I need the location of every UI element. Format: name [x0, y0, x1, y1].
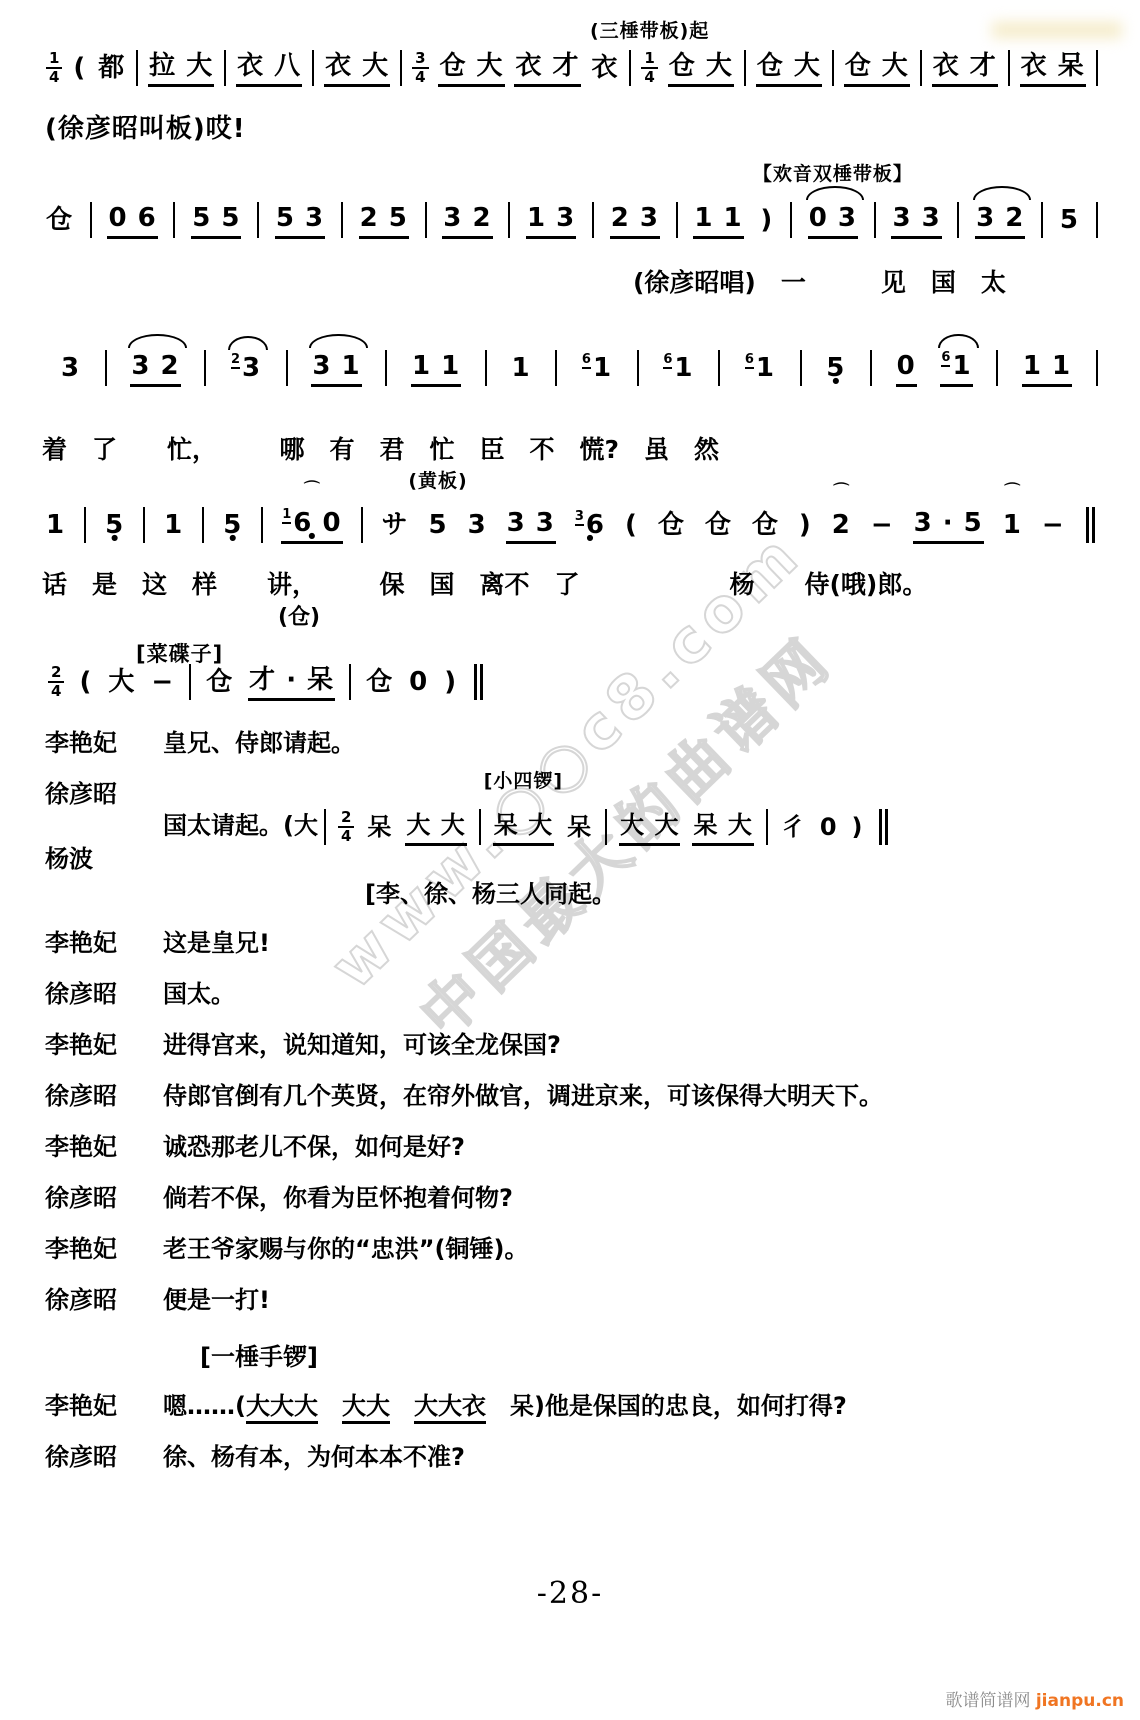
note: 衣 呆	[1020, 48, 1086, 87]
note: 1 1	[411, 348, 461, 387]
dialogue-row: 徐彦昭国太。	[45, 979, 1120, 1010]
speaker-cell: 李艳妃	[45, 1391, 163, 1422]
note: 仓	[205, 664, 234, 700]
barline	[605, 809, 607, 845]
music-line-4: 151516 0サ5(黄板)33 336(仓仓仓)2−3 · 51−	[45, 505, 1095, 544]
barline	[1096, 202, 1098, 238]
annotation: (黄板)	[408, 463, 467, 499]
barline	[204, 350, 206, 386]
note: 0 6	[107, 200, 157, 239]
call-board-line: (徐彦昭叫板)哎!	[45, 108, 246, 145]
note: 大 大	[619, 807, 680, 846]
speaker-name: 李艳妃	[45, 728, 163, 759]
ntext: 5	[1060, 205, 1079, 235]
note: −	[150, 664, 175, 700]
ntext: 1	[756, 353, 775, 383]
note: 呆 大	[692, 807, 753, 846]
barline	[555, 350, 557, 386]
note: 大	[107, 664, 136, 700]
note: 5 3	[275, 200, 325, 239]
ntext: 3 3	[507, 508, 555, 538]
ftop: 1	[641, 50, 657, 69]
note: (	[72, 50, 87, 86]
speaker-name: 李艳妃	[45, 1234, 163, 1265]
ntext: (	[625, 510, 638, 540]
score-page: www.○○c8.com 中国最大的曲谱网 14(都拉 大衣 八衣 大34仓 大…	[0, 0, 1140, 1720]
speaker-name: 杨波	[45, 844, 163, 875]
ntext: 彳	[781, 813, 806, 841]
ntext: 0 3	[809, 203, 857, 233]
ntext: )	[799, 510, 812, 540]
ntext: 衣 大	[325, 51, 389, 81]
ftop: 2	[338, 809, 354, 828]
ntext: 大 大	[620, 811, 679, 839]
note: 3 1	[311, 348, 361, 387]
grace-note: 6	[745, 352, 754, 369]
barline	[1096, 350, 1098, 386]
note: 呆	[566, 809, 593, 845]
note: 呆	[366, 809, 393, 845]
speaker-name: 徐彦昭	[45, 1081, 163, 1112]
ntext: 0	[897, 351, 916, 381]
barline	[832, 50, 834, 86]
ntext: −	[151, 667, 174, 697]
speaker-name: 李艳妃	[45, 1030, 163, 1061]
dialogue-segment: 侍郎官倒有几个英贤，在帘外做官，调进京来，可该保得大明天下。	[163, 1082, 883, 1110]
dialogue-row: 徐彦昭侍郎官倒有几个英贤，在帘外做官，调进京来，可该保得大明天下。	[45, 1081, 1120, 1112]
barline	[508, 202, 510, 238]
footer: 歌谱简谱网 jianpu.cn	[945, 1686, 1124, 1711]
dialogue-segment: 国太。	[163, 980, 235, 1008]
barline	[105, 350, 107, 386]
dialogue-text: 诚恐那老儿不保，如何是好?	[163, 1132, 1120, 1163]
note: 仓	[657, 507, 686, 543]
barline	[224, 50, 226, 86]
ntext: 5	[223, 510, 242, 540]
ntext: 仓	[752, 510, 779, 540]
dialogue-text: 进得宫来，说知道知，可该全龙保国?	[163, 1030, 1120, 1061]
ntext: )	[852, 813, 864, 841]
barline	[479, 809, 481, 845]
dialogue-segment: 大大衣	[414, 1392, 486, 1424]
dialogue-row: 李艳妃老王爷家赐与你的“忠洪”(铜锤)。	[45, 1234, 1120, 1265]
ntext: 衣 才	[515, 51, 579, 81]
ntext: 6 0	[293, 508, 341, 538]
ntext: 2 3	[611, 203, 659, 233]
dialogue-row: 徐彦昭倘若不保，你看为臣怀抱着何物?	[45, 1183, 1120, 1214]
dialogue-segment	[318, 1392, 342, 1420]
ntext: 1 1	[694, 203, 742, 233]
ntext: 衣 八	[237, 51, 301, 81]
dialogue-segment: 这是皇兄!	[163, 929, 270, 957]
speaker-name: 徐彦昭	[45, 1285, 163, 1316]
ntext: 拉 大	[149, 51, 213, 81]
grace-note: 6	[941, 350, 950, 367]
ntext: 3	[61, 353, 80, 383]
speaker-cell: 李艳妃	[45, 928, 163, 959]
note: 衣 八	[236, 48, 302, 87]
dialogue-segment: 徐、杨有本，为何本本不准?	[163, 1443, 465, 1471]
ntext: サ	[382, 510, 409, 540]
dialogue-segment: 嗯……(	[163, 1392, 246, 1420]
barline	[286, 350, 288, 386]
lyrics-line-4: 话 是 这 样 讲， 保 国 离不 了 杨 侍(哦)郎。	[42, 565, 927, 601]
ntext: −	[1042, 510, 1065, 540]
ftop: 3	[412, 50, 428, 69]
speaker-cell: 徐彦昭	[45, 1285, 163, 1316]
ntext: 3	[468, 510, 487, 540]
dialogue-segment: 进得宫来，说知道知，可该全龙保国?	[163, 1031, 561, 1059]
note: 1	[45, 507, 66, 543]
note: 36	[574, 507, 606, 543]
note: 0	[819, 809, 839, 845]
barline	[136, 50, 138, 86]
music-line-5: 24(大−仓才 · 呆仓0)	[48, 662, 483, 701]
note: 5	[1059, 202, 1080, 238]
ntext: 5 3	[276, 203, 324, 233]
ftop: 2	[48, 664, 64, 683]
fbot: 4	[641, 69, 657, 86]
barline	[744, 50, 746, 86]
note: 5(黄板)	[428, 507, 449, 543]
final-barline	[480, 664, 483, 700]
note: 都	[97, 50, 126, 86]
scan-smudge	[992, 22, 1122, 38]
time-signature: 14	[46, 50, 62, 85]
dialogue-text: 这是皇兄!	[163, 928, 1120, 959]
barline	[800, 350, 802, 386]
note: −	[870, 507, 895, 543]
speaker-cell: 李艳妃	[45, 728, 163, 759]
ntext: 1	[512, 353, 531, 383]
speaker-cell: 李艳妃	[45, 1234, 163, 1265]
ntext: 大 大	[406, 811, 465, 839]
speaker-cell: 李艳妃	[45, 1132, 163, 1163]
annotation: 【欢音双棰带板】	[753, 156, 913, 192]
note: 61	[744, 350, 776, 386]
ntext: 3 3	[892, 203, 940, 233]
note: 1 3	[526, 200, 576, 239]
barline	[425, 202, 427, 238]
speaker-cell: 徐彦昭	[45, 979, 163, 1010]
note: 1	[1002, 507, 1023, 543]
note: 1	[163, 507, 184, 543]
barline	[189, 664, 191, 700]
dialogue-segment: 国太请起。(大	[163, 812, 318, 840]
ntext: 呆	[567, 813, 592, 841]
note: 16 0	[281, 505, 342, 544]
dialogue-text: 便是一打!	[163, 1285, 1120, 1316]
dialogue-row: 徐彦昭徐、杨有本，为何本本不准?	[45, 1442, 1120, 1473]
barline	[920, 50, 922, 86]
speaker-cell: 徐彦昭	[45, 1442, 163, 1473]
note: 3 2	[130, 348, 180, 387]
barline	[1041, 202, 1043, 238]
ntext: 3	[242, 353, 261, 383]
note: 衣 才	[514, 48, 580, 87]
dialogue-segment: 大大大	[246, 1392, 318, 1424]
barline	[874, 202, 876, 238]
note: (	[624, 507, 639, 543]
speaker-cell: 徐彦昭	[45, 1183, 163, 1214]
note: 衣 才	[932, 48, 998, 87]
ntext: 仓 大	[669, 51, 733, 81]
fbot: 4	[46, 69, 62, 86]
note: 仓 大	[844, 48, 910, 87]
ntext: 2 5	[360, 203, 408, 233]
barline	[996, 350, 998, 386]
barline	[385, 350, 387, 386]
note: )	[443, 664, 458, 700]
speaker-name: 李艳妃	[45, 1132, 163, 1163]
time-signature: 24	[338, 809, 354, 844]
speaker-name: 徐彦昭	[45, 1442, 163, 1473]
barline	[341, 202, 343, 238]
fbot: 4	[338, 828, 354, 845]
ntext: 5	[105, 510, 124, 540]
barline	[173, 202, 175, 238]
note: 3 3	[506, 505, 556, 544]
barline	[1096, 50, 1098, 86]
note: 仓	[365, 664, 394, 700]
note: )	[798, 507, 813, 543]
ntext: 3 2	[443, 203, 491, 233]
barline	[766, 809, 768, 845]
note: −	[1041, 507, 1066, 543]
ntext: 3 2	[976, 203, 1024, 233]
barline	[485, 350, 487, 386]
ntext: 仓 大	[845, 51, 909, 81]
barline	[202, 507, 204, 543]
dialogue-text: 侍郎官倒有几个英贤，在帘外做官，调进京来，可该保得大明天下。	[163, 1081, 1120, 1112]
ntext: 0	[820, 813, 838, 841]
note: 61	[662, 350, 694, 386]
ntext: )	[760, 205, 773, 235]
note: 彳	[780, 809, 807, 845]
note: 2 3	[610, 200, 660, 239]
grace-note: 6	[663, 352, 672, 369]
note: 仓	[751, 507, 780, 543]
note: 拉 大	[148, 48, 214, 87]
ntext: 仓 大	[439, 51, 503, 81]
barline	[349, 664, 351, 700]
barline	[957, 202, 959, 238]
footer-site-link[interactable]: jianpu.cn	[1036, 1691, 1124, 1711]
ntext: 衣	[591, 53, 618, 83]
dialogue-row: 徐彦昭杨波国太请起。(大24呆大 大呆 大[小四锣]呆大 大呆 大彳0)	[45, 779, 1120, 875]
note: 5 5	[191, 200, 241, 239]
ntext: 5	[826, 353, 845, 383]
dialogue-row: 李艳妃诚恐那老儿不保，如何是好?	[45, 1132, 1120, 1163]
note: 呆 大[小四锣]	[493, 807, 554, 846]
ntext: 1 1	[412, 351, 460, 381]
ntext: 衣 才	[933, 51, 997, 81]
dialogue-row: 李艳妃嗯……(大大大 大大 大大衣 呆)他是保国的忠良，如何打得?	[45, 1391, 1120, 1422]
note: 5	[222, 507, 243, 543]
note: 61	[581, 350, 613, 386]
ntext: 呆	[367, 813, 392, 841]
barline	[676, 202, 678, 238]
ntext: 3 1	[312, 351, 360, 381]
dialogue-segment: 诚恐那老儿不保，如何是好?	[163, 1133, 465, 1161]
percussion-sub-mark: (仓)	[278, 600, 320, 631]
ntext: 6	[586, 510, 605, 540]
note: 23	[230, 350, 262, 386]
ntext: 2	[832, 510, 851, 540]
note: 1	[511, 350, 532, 386]
dialogue-text: 皇兄、侍郎请起。	[163, 728, 1120, 759]
barline	[361, 507, 363, 543]
note: 才 · 呆	[248, 662, 335, 701]
note: 5	[825, 350, 846, 386]
footer-site-name: 歌谱简谱网	[945, 1691, 1030, 1711]
fbot: 4	[412, 69, 428, 86]
note: 0	[408, 664, 429, 700]
dialogue-segment: 倘若不保，你看为臣怀抱着何物?	[163, 1184, 513, 1212]
note: 5	[104, 507, 125, 543]
barline	[870, 350, 872, 386]
stage-direction-text: [李、徐、杨三人同起。	[365, 879, 1120, 910]
barline	[1008, 50, 1010, 86]
barline	[592, 202, 594, 238]
barline	[90, 202, 92, 238]
note: 61	[940, 348, 972, 387]
note: 仓 大	[756, 48, 822, 87]
note: 衣 大	[324, 48, 390, 87]
note: サ	[381, 507, 410, 543]
time-signature: 14(三棰带板)起	[641, 50, 657, 85]
stage-direction: [一棰手锣]	[200, 1342, 1120, 1373]
time-signature: 24	[48, 664, 64, 699]
note: 3	[467, 507, 488, 543]
speaker-name: 徐彦昭	[45, 979, 163, 1010]
dialogue-segment: 呆)他是保国的忠良，如何打得?	[486, 1392, 847, 1420]
lyrics-line-3: 着 了 忙， 哪 有 君 忙 臣 不 慌? 虽 然	[42, 430, 719, 466]
ntext: 仓	[658, 510, 685, 540]
grace-note: 1	[282, 507, 291, 524]
dialogue-row: 李艳妃进得宫来，说知道知，可该全龙保国?	[45, 1030, 1120, 1061]
music-line-1: 14(都拉 大衣 八衣 大34仓 大衣 才衣14(三棰带板)起仓 大仓 大仓 大…	[46, 48, 1098, 87]
note: 2	[831, 507, 852, 543]
ntext: 1	[164, 510, 183, 540]
ntext: 3 · 5	[914, 508, 983, 538]
note: 大 大	[405, 807, 466, 846]
ntext: 仓	[705, 510, 732, 540]
note: 仓 大	[668, 48, 734, 87]
dialogue-text: 倘若不保，你看为臣怀抱着何物?	[163, 1183, 1120, 1214]
grace-note: 6	[582, 352, 591, 369]
note: 仓	[45, 202, 74, 238]
note: (	[78, 664, 93, 700]
ntext: 仓	[206, 667, 233, 697]
dialogue-text: 嗯……(大大大 大大 大大衣 呆)他是保国的忠良，如何打得?	[163, 1391, 1120, 1422]
ftop: 1	[46, 50, 62, 69]
barline	[312, 50, 314, 86]
barline	[629, 50, 631, 86]
barline	[143, 507, 145, 543]
grace-note: 2	[231, 352, 240, 369]
dialogue-segment: 大大	[342, 1392, 390, 1424]
ntext: 0	[409, 667, 428, 697]
note: 2 5	[359, 200, 409, 239]
dialogue-section: 李艳妃皇兄、侍郎请起。徐彦昭杨波国太请起。(大24呆大 大呆 大[小四锣]呆大 …	[45, 728, 1120, 1493]
barline	[637, 350, 639, 386]
speaker-cell: 徐彦昭杨波	[45, 779, 163, 875]
ntext: 5 5	[192, 203, 240, 233]
ntext: 仓 大	[757, 51, 821, 81]
fbot: 4	[48, 683, 64, 700]
ntext: 1	[674, 353, 693, 383]
ntext: (	[73, 53, 86, 83]
note: 仓 大	[438, 48, 504, 87]
music-line-2: 仓0 65 55 32 53 21 32 31 1)0 3【欢音双棰带板】3 3…	[45, 200, 1098, 239]
note: 3 3	[891, 200, 941, 239]
grace-note: 3	[575, 509, 584, 526]
ntext: 呆 大	[693, 811, 752, 839]
dialogue-segment: 皇兄、侍郎请起。	[163, 729, 355, 757]
time-signature: 34	[412, 50, 428, 85]
ntext: 1	[593, 353, 612, 383]
dialogue-row: 李艳妃这是皇兄!	[45, 928, 1120, 959]
ntext: 呆 大	[494, 811, 553, 839]
ntext: (	[79, 667, 92, 697]
barline	[261, 507, 263, 543]
speaker-cell: 徐彦昭	[45, 1081, 163, 1112]
annotation: [小四锣]	[484, 763, 563, 799]
ntext: 1 1	[1023, 351, 1071, 381]
note: 0 3【欢音双棰带板】	[808, 200, 858, 239]
dialogue-text: 国太。	[163, 979, 1120, 1010]
inline-percussion-tokens: 24呆大 大呆 大[小四锣]呆大 大呆 大彳0)	[324, 807, 888, 846]
ntext: −	[871, 510, 894, 540]
speaker-name: 徐彦昭	[45, 779, 163, 810]
dialogue-segment	[390, 1392, 414, 1420]
note: 3 2	[975, 200, 1025, 239]
barline	[324, 809, 326, 845]
speaker-name: 李艳妃	[45, 928, 163, 959]
barline	[718, 350, 720, 386]
ntext: 1	[952, 351, 971, 381]
note: )	[759, 202, 774, 238]
note: 3	[60, 350, 81, 386]
stage-direction-text: [一棰手锣]	[200, 1342, 1120, 1373]
ntext: 3 2	[131, 351, 179, 381]
music-line-3: 33 2233 11 1161616150611 1	[60, 348, 1098, 387]
ntext: 才 · 呆	[249, 665, 334, 695]
ntext: 1	[1003, 510, 1022, 540]
barline	[400, 50, 402, 86]
ntext: 仓	[46, 205, 73, 235]
dialogue-row: 李艳妃皇兄、侍郎请起。	[45, 728, 1120, 759]
page-number: -28-	[0, 1576, 1140, 1611]
ntext: )	[444, 667, 457, 697]
speaker-name: 徐彦昭	[45, 1183, 163, 1214]
ntext: 1	[46, 510, 65, 540]
ntext: 都	[98, 53, 125, 83]
annotation: (三棰带板)起	[590, 21, 709, 42]
note: 0	[896, 348, 917, 387]
note: 3 · 5	[913, 505, 984, 544]
ntext: 5	[429, 510, 448, 540]
speaker-cell: 李艳妃	[45, 1030, 163, 1061]
dialogue-text: 徐、杨有本，为何本本不准?	[163, 1442, 1120, 1473]
ntext: 1 3	[527, 203, 575, 233]
dialogue-text: 国太请起。(大24呆大 大呆 大[小四锣]呆大 大呆 大彳0)	[163, 779, 1120, 875]
dialogue-row: 徐彦昭便是一打!	[45, 1285, 1120, 1316]
barline	[84, 507, 86, 543]
speaker-name: 李艳妃	[45, 1391, 163, 1422]
note: 1 1	[1022, 348, 1072, 387]
